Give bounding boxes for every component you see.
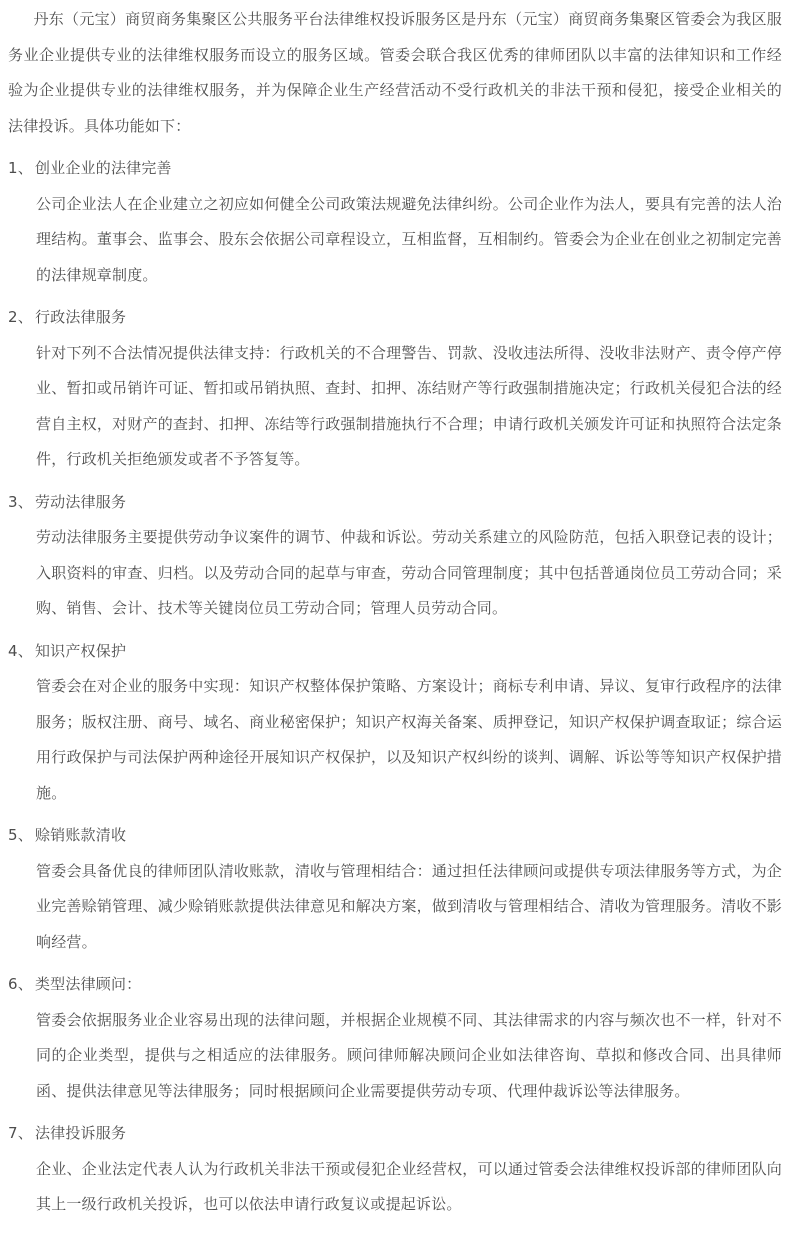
section-title: 类型法律顾问： (35, 975, 141, 993)
section-title: 行政法律服务 (35, 308, 126, 326)
section-number: 6、 (8, 975, 33, 993)
section-number: 4、 (8, 642, 33, 660)
section-heading: 3、劳动法律服务 (8, 485, 782, 521)
section-2: 2、行政法律服务 针对下列不合法情况提供法律支持：行政机关的不合理警告、罚款、没… (8, 300, 782, 478)
section-number: 5、 (8, 826, 33, 844)
section-number: 2、 (8, 308, 33, 326)
section-heading: 2、行政法律服务 (8, 300, 782, 336)
section-body: 管委会具备优良的律师团队清收账款，清收与管理相结合：通过担任法律顾问或提供专项法… (36, 854, 782, 961)
legal-service-document: 丹东（元宝）商贸商务集聚区公共服务平台法律维权投诉服务区是丹东（元宝）商贸商务集… (0, 0, 791, 1235)
section-title: 赊销账款清收 (35, 826, 126, 844)
section-body: 企业、企业法定代表人认为行政机关非法干预或侵犯企业经营权，可以通过管委会法律维权… (36, 1152, 782, 1223)
section-heading: 6、类型法律顾问： (8, 967, 782, 1003)
section-heading: 1、创业企业的法律完善 (8, 151, 782, 187)
section-number: 1、 (8, 159, 33, 177)
section-5: 5、赊销账款清收 管委会具备优良的律师团队清收账款，清收与管理相结合：通过担任法… (8, 818, 782, 960)
intro-paragraph: 丹东（元宝）商贸商务集聚区公共服务平台法律维权投诉服务区是丹东（元宝）商贸商务集… (8, 2, 782, 144)
section-body: 针对下列不合法情况提供法律支持：行政机关的不合理警告、罚款、没收违法所得、没收非… (36, 336, 782, 478)
section-heading: 5、赊销账款清收 (8, 818, 782, 854)
section-body: 管委会在对企业的服务中实现：知识产权整体保护策略、方案设计；商标专利申请、异议、… (36, 669, 782, 811)
section-heading: 7、法律投诉服务 (8, 1116, 782, 1152)
section-title: 知识产权保护 (35, 642, 126, 660)
section-3: 3、劳动法律服务 劳动法律服务主要提供劳动争议案件的调节、仲裁和诉讼。劳动关系建… (8, 485, 782, 627)
section-number: 3、 (8, 493, 33, 511)
section-title: 创业企业的法律完善 (35, 159, 172, 177)
section-title: 劳动法律服务 (35, 493, 126, 511)
section-title: 法律投诉服务 (35, 1124, 126, 1142)
section-6: 6、类型法律顾问： 管委会依据服务业企业容易出现的法律问题，并根据企业规模不同、… (8, 967, 782, 1109)
section-heading: 4、知识产权保护 (8, 634, 782, 670)
section-body: 劳动法律服务主要提供劳动争议案件的调节、仲裁和诉讼。劳动关系建立的风险防范，包括… (36, 520, 782, 627)
section-4: 4、知识产权保护 管委会在对企业的服务中实现：知识产权整体保护策略、方案设计；商… (8, 634, 782, 812)
section-body: 管委会依据服务业企业容易出现的法律问题，并根据企业规模不同、其法律需求的内容与频… (36, 1003, 782, 1110)
section-body: 公司企业法人在企业建立之初应如何健全公司政策法规避免法律纠纷。公司企业作为法人，… (36, 187, 782, 294)
section-number: 7、 (8, 1124, 33, 1142)
section-7: 7、法律投诉服务 企业、企业法定代表人认为行政机关非法干预或侵犯企业经营权，可以… (8, 1116, 782, 1223)
section-1: 1、创业企业的法律完善 公司企业法人在企业建立之初应如何健全公司政策法规避免法律… (8, 151, 782, 293)
